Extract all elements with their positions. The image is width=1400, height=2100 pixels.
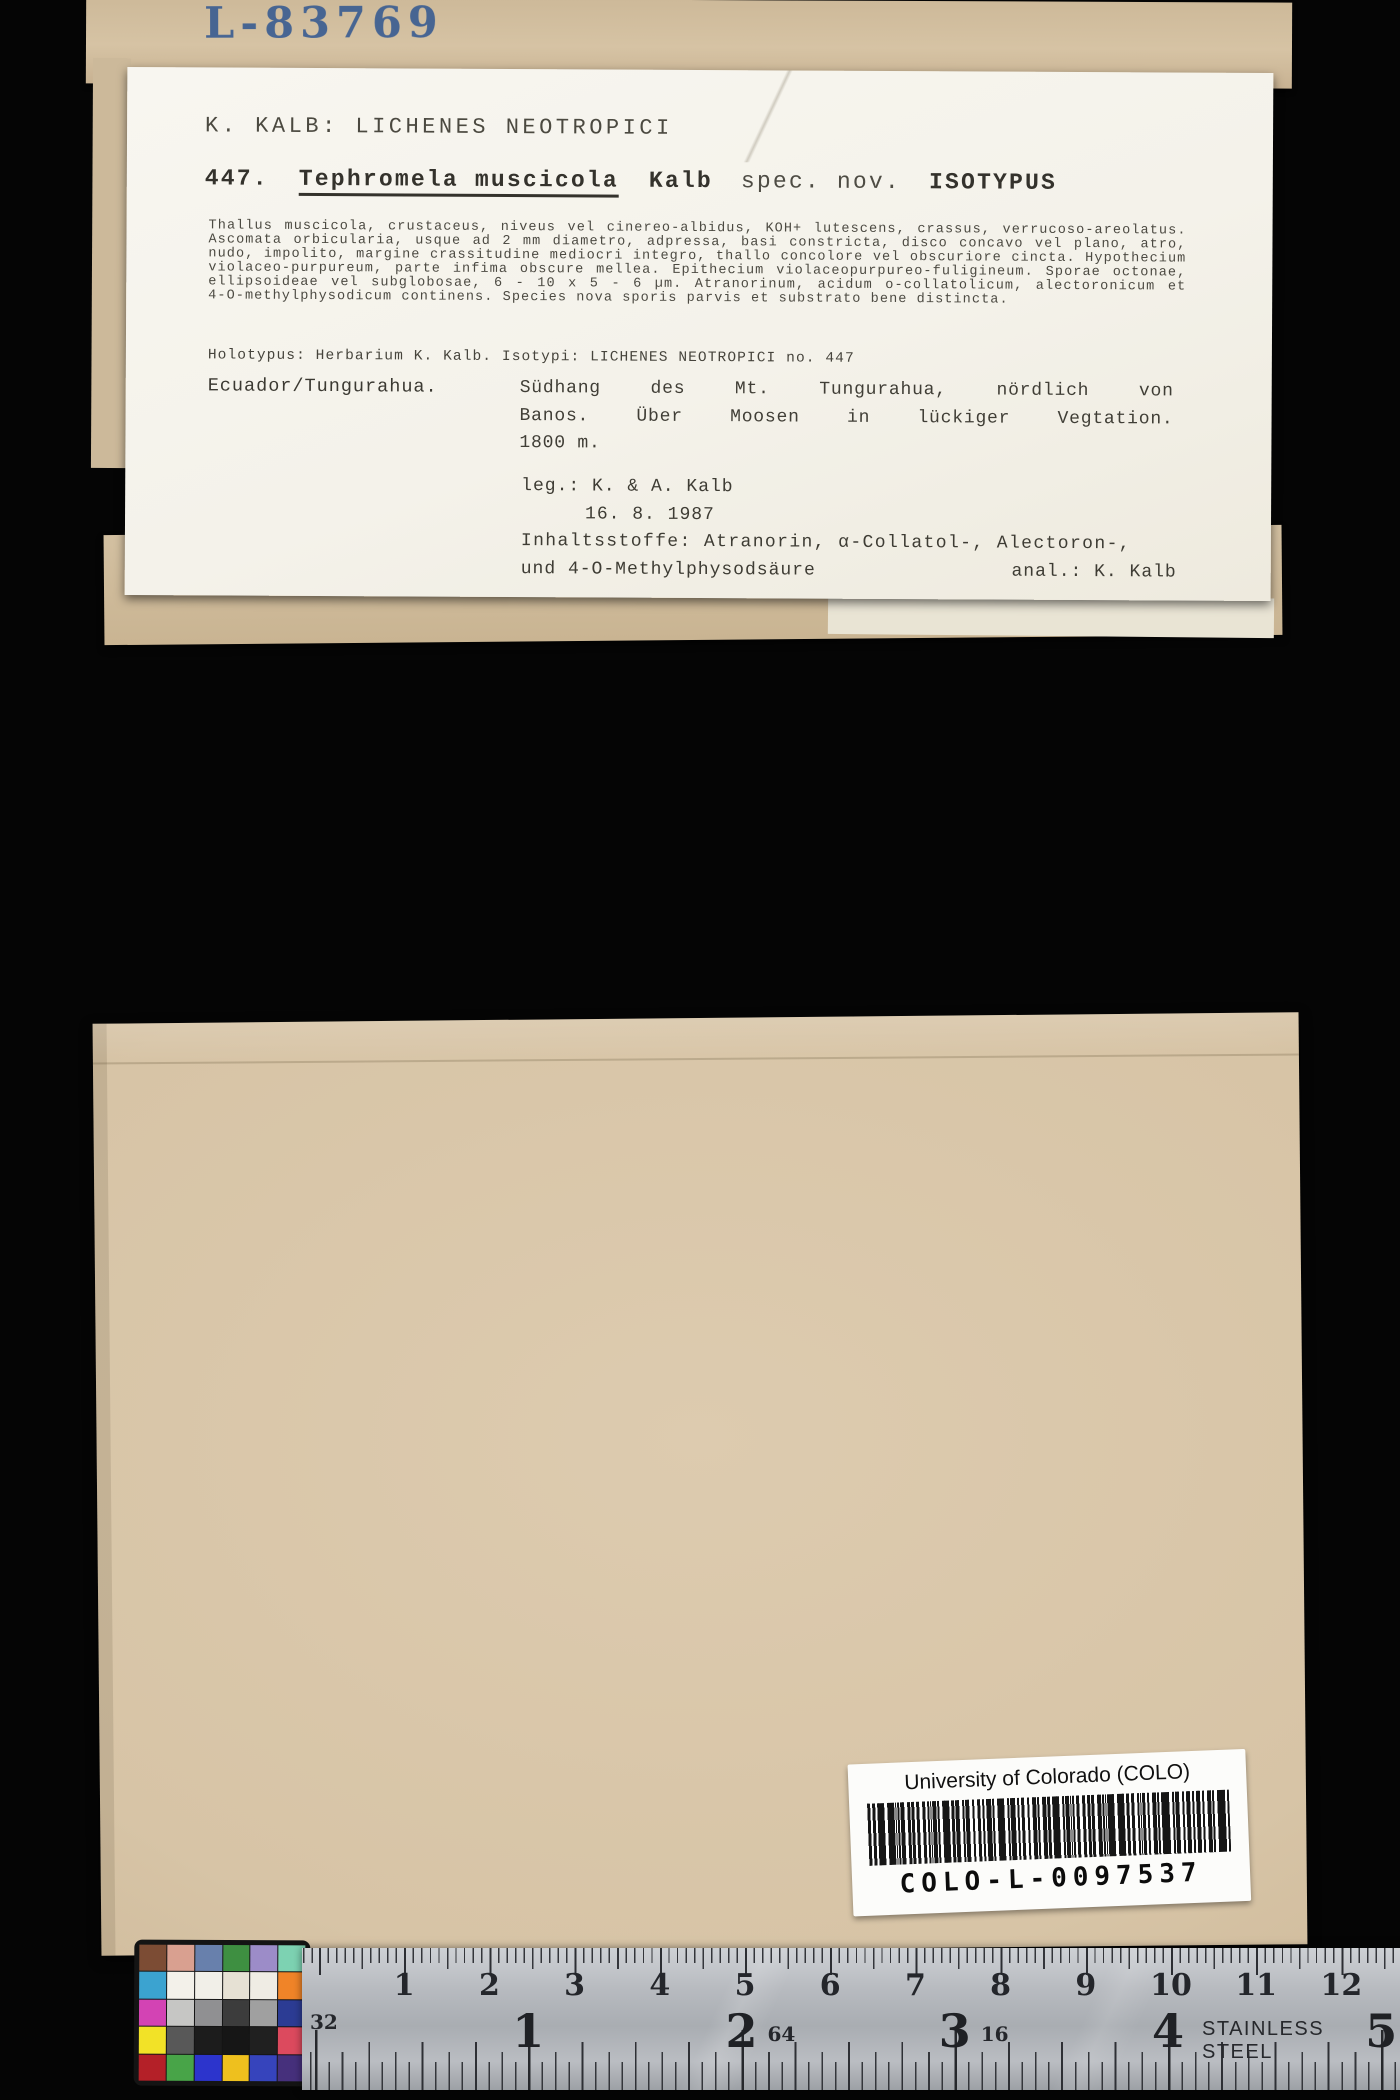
holotype-line: Holotypus: Herbarium K. Kalb. Isotypi: L… bbox=[208, 347, 855, 366]
color-patch bbox=[194, 2027, 221, 2054]
color-patch bbox=[167, 1972, 194, 1999]
color-patch bbox=[222, 2000, 249, 2027]
fraction-label-16: 16 bbox=[981, 2022, 1009, 2046]
color-patch bbox=[167, 2000, 194, 2027]
locality-line: 1800 m. bbox=[519, 430, 1173, 461]
specimen-label-card: K. KALB: LICHENES NEOTROPICI 447. Tephro… bbox=[125, 67, 1274, 601]
paper-crease bbox=[683, 70, 853, 163]
cm-number: 2 bbox=[479, 1968, 500, 2003]
color-calibration-chart bbox=[134, 1940, 311, 2087]
color-patch bbox=[250, 2055, 277, 2082]
collection-details: leg.: K. & A. Kalb 16. 8. 1987 Inhaltsst… bbox=[521, 473, 1182, 586]
inch-number: 4 bbox=[1152, 2004, 1184, 2058]
latin-diagnosis: Thallus muscicola, crustaceus, niveus ve… bbox=[208, 219, 1186, 308]
fraction-label-64: 64 bbox=[768, 2022, 796, 2046]
exsiccata-series-title: K. KALB: LICHENES NEOTROPICI bbox=[205, 113, 673, 140]
color-patch bbox=[194, 2054, 221, 2081]
analyst-line: anal.: K. Kalb bbox=[1011, 558, 1176, 586]
color-patch bbox=[139, 1972, 166, 1999]
cm-number: 3 bbox=[564, 1968, 585, 2003]
locality-line: Südhang des Mt. Tungurahua, nördlich von bbox=[520, 375, 1174, 406]
color-patch bbox=[250, 2027, 277, 2054]
color-patch bbox=[278, 2055, 305, 2082]
color-patch bbox=[195, 1972, 222, 1999]
color-patch bbox=[166, 2054, 193, 2081]
locality-description: Südhang des Mt. Tungurahua, nördlich von… bbox=[519, 375, 1173, 461]
cm-number: 8 bbox=[990, 1968, 1011, 2003]
species-title-line: 447. Tephromela muscicola Kalb spec. nov… bbox=[205, 165, 1057, 199]
inch-number: 5 bbox=[1365, 2004, 1397, 2058]
collection-date: 16. 8. 1987 bbox=[585, 501, 1181, 532]
color-patch bbox=[222, 2055, 249, 2082]
color-patch bbox=[139, 1945, 166, 1972]
metal-ruler: 32 STAINLESS STEEL 123456789101112123456… bbox=[302, 1948, 1400, 2090]
inch-number: 2 bbox=[725, 2004, 757, 2058]
fraction-label-32: 32 bbox=[310, 2010, 338, 2034]
color-patch bbox=[195, 1945, 222, 1972]
inch-number: 1 bbox=[512, 2004, 544, 2058]
cm-number: 9 bbox=[1075, 1968, 1096, 2003]
cm-number: 1 bbox=[394, 1968, 415, 2003]
barcode-label: University of Colorado (COLO) COLO-L-009… bbox=[848, 1749, 1252, 1917]
color-patch bbox=[139, 2027, 166, 2054]
accession-number-stamp: L-83769 bbox=[204, 0, 444, 49]
color-patch bbox=[222, 2027, 249, 2054]
color-patch bbox=[250, 1973, 277, 2000]
color-patch bbox=[278, 2027, 305, 2054]
specimen-envelope-back: University of Colorado (COLO) COLO-L-009… bbox=[93, 1012, 1308, 1956]
type-status: ISOTYPUS bbox=[929, 169, 1057, 196]
cm-number: 7 bbox=[905, 1968, 926, 2003]
color-patch bbox=[223, 1945, 250, 1972]
cm-number: 5 bbox=[735, 1968, 756, 2003]
color-patch bbox=[251, 1945, 278, 1972]
color-patch bbox=[139, 1999, 166, 2026]
color-patch bbox=[223, 1972, 250, 1999]
scan-stage: L-83769 K. KALB: LICHENES NEOTROPICI 447… bbox=[0, 0, 1400, 2100]
cm-number: 12 bbox=[1321, 1968, 1363, 2003]
cm-number: 6 bbox=[820, 1968, 841, 2003]
substances-line: Inhaltsstoffe: Atranorin, α-Collatol-, A… bbox=[521, 528, 1181, 559]
collection-number: 447. bbox=[205, 165, 269, 191]
locality-region: Ecuador/Tungurahua. bbox=[208, 375, 438, 397]
rank-annotation: spec. nov. bbox=[741, 168, 901, 195]
inch-number: 3 bbox=[939, 2004, 971, 2058]
cm-number: 4 bbox=[649, 1968, 670, 2003]
cm-number: 10 bbox=[1150, 1968, 1192, 2003]
envelope-fold-shadow bbox=[93, 1024, 116, 1956]
barcode bbox=[867, 1790, 1231, 1866]
color-patch bbox=[250, 2000, 277, 2027]
cm-number: 11 bbox=[1235, 1968, 1277, 2003]
color-patch bbox=[195, 2000, 222, 2027]
collector-line: leg.: K. & A. Kalb bbox=[521, 473, 1181, 504]
author-name: Kalb bbox=[649, 168, 713, 194]
color-patch bbox=[167, 2027, 194, 2054]
locality-line: Banos. Über Moosen in lückiger Vegtation… bbox=[519, 403, 1173, 434]
species-name: Tephromela muscicola bbox=[299, 166, 619, 198]
color-patch bbox=[167, 1945, 194, 1972]
color-patch bbox=[139, 2054, 166, 2081]
substances-line-2: und 4-O-Methylphysodsäure bbox=[521, 556, 816, 585]
